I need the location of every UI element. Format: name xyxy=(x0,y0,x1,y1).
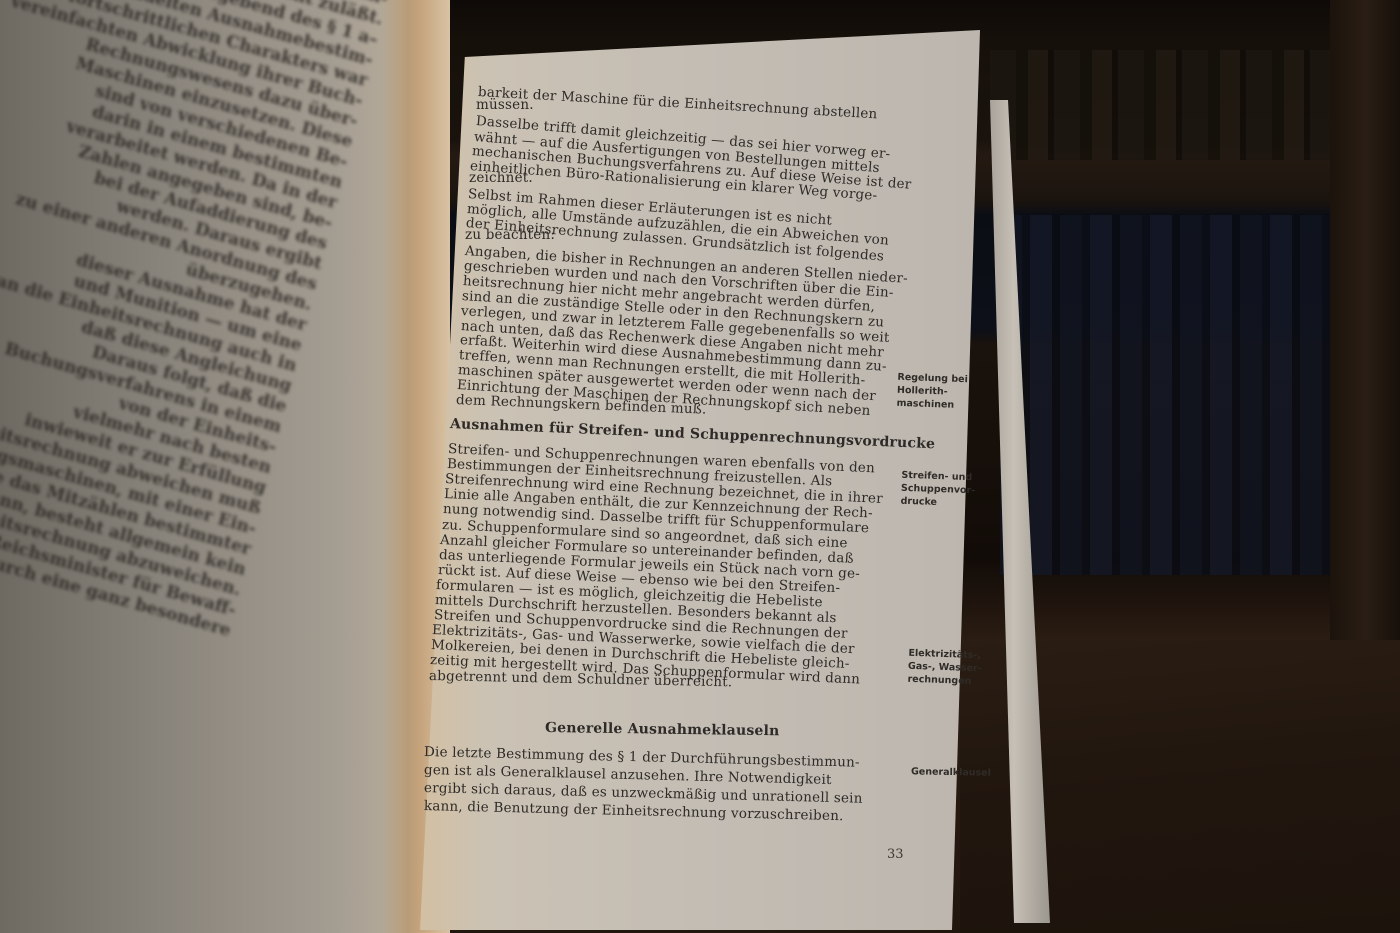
body-text-line: zu beachten: xyxy=(465,227,555,243)
right-page-content: Regelung bei Hollerith- maschinen Streif… xyxy=(0,0,1400,933)
body-text-line: müssen. xyxy=(476,97,534,113)
body-text-line: barkeit der Maschine für die Einheitsrec… xyxy=(478,84,878,122)
margin-note-hollerith: Regelung bei Hollerith- maschinen xyxy=(896,371,968,412)
body-text-line: zeichnet. xyxy=(469,170,533,186)
margin-note-elektrizitaet: Elektrizitäts-, Gas-, Wasser- rechnungen xyxy=(907,647,982,689)
margin-note-generalklausel: Generalklausel xyxy=(911,765,991,779)
page-number: 33 xyxy=(887,847,904,862)
section-heading-generelle: Generelle Ausnahmeklauseln xyxy=(545,720,780,739)
margin-note-streifen: Streifen- und Schuppenvor- drucke xyxy=(900,469,975,511)
